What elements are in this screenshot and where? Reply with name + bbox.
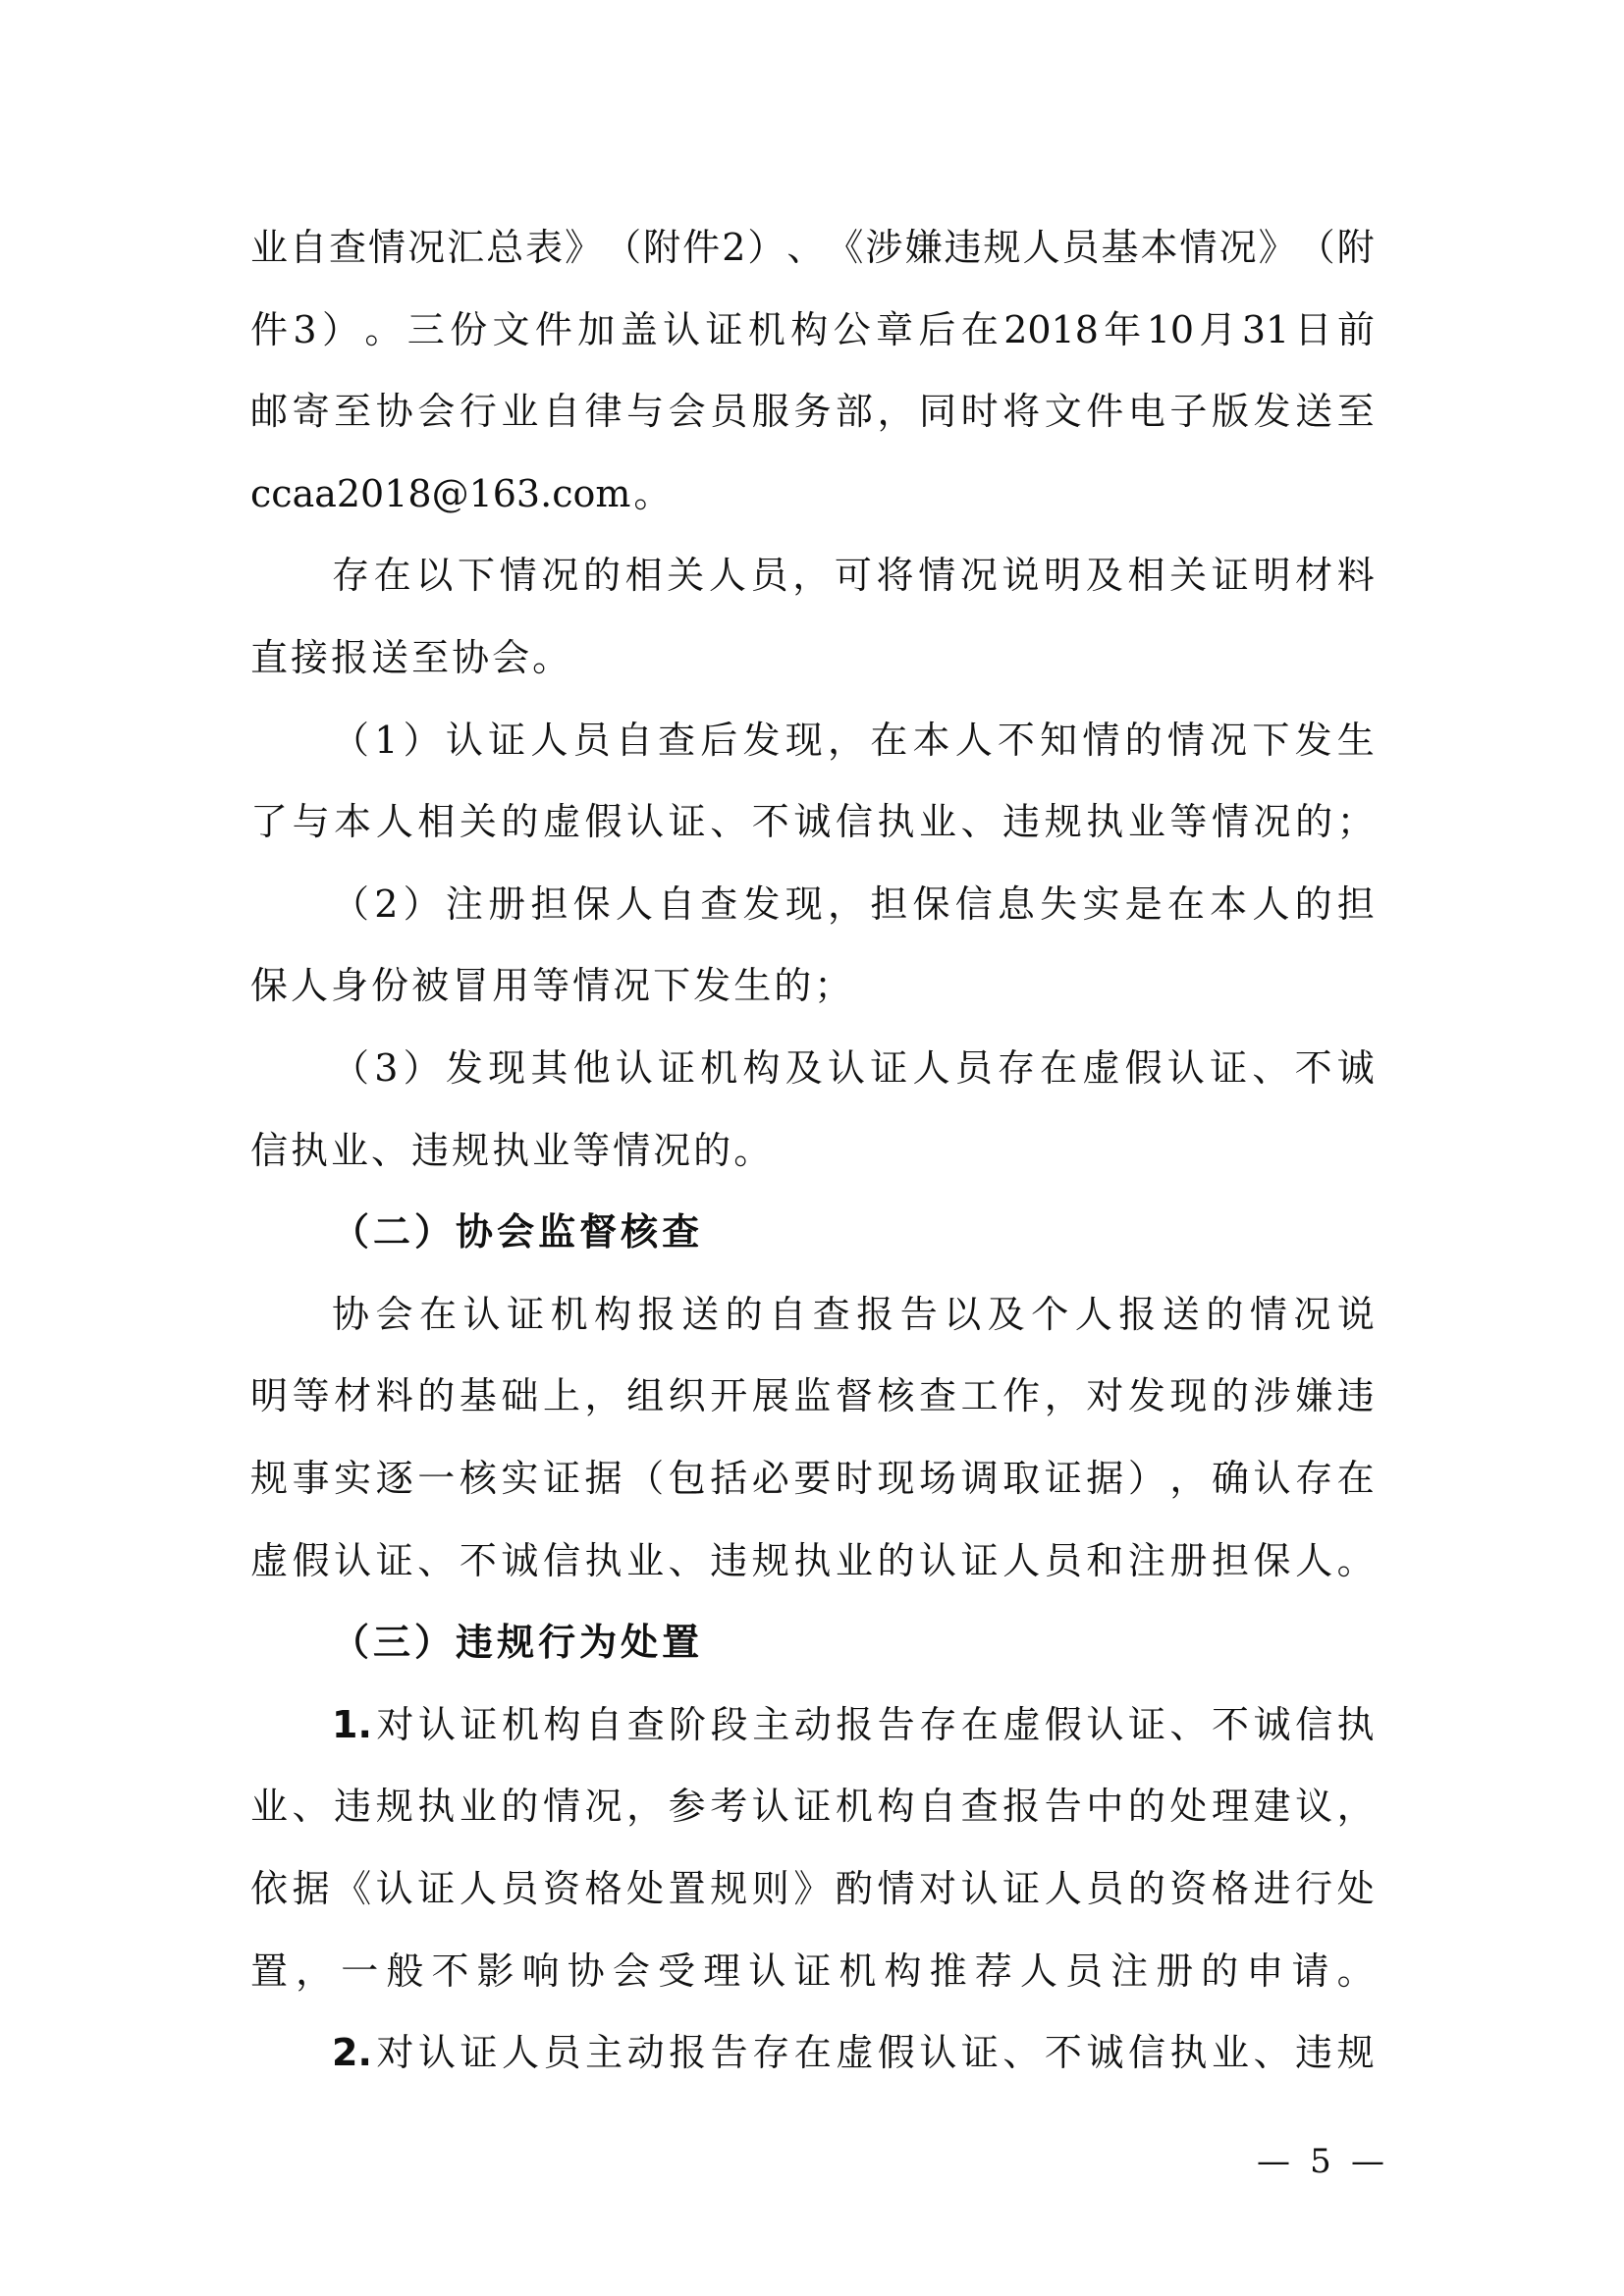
text-glyph: 证 xyxy=(793,1949,831,1993)
text-glyph: 不 xyxy=(1295,1046,1332,1090)
text-glyph: 涉 xyxy=(865,226,902,269)
text-glyph: 诚 xyxy=(1254,1703,1291,1746)
text-glyph: 的 xyxy=(501,800,538,843)
text-glyph: 关 xyxy=(460,800,497,843)
text-glyph: 虚 xyxy=(1082,1046,1119,1090)
text-glyph: 动 xyxy=(794,1703,832,1746)
text-glyph: 担 xyxy=(530,882,568,926)
text-glyph: 假 xyxy=(1125,1046,1163,1090)
text-glyph: 等 xyxy=(1169,800,1207,843)
text-glyph: 材 xyxy=(334,1374,371,1417)
text-line: 协会在认证机构报送的自查报告以及个人报送的情况说 xyxy=(332,1293,1375,1336)
text-glyph: 申 xyxy=(1246,1949,1283,1993)
text-glyph: 电 xyxy=(1128,390,1165,433)
text-glyph: 人 xyxy=(912,1046,949,1090)
text-glyph: 至 xyxy=(334,390,371,433)
text-glyph: 违 xyxy=(456,1621,493,1664)
text-glyph: 查 xyxy=(919,1374,956,1417)
text-glyph: 与 xyxy=(293,800,330,843)
text-glyph: 资 xyxy=(543,1867,580,1910)
text-glyph: 证 xyxy=(376,1539,413,1582)
text-glyph: 》 xyxy=(793,1867,831,1910)
text-glyph: 员 xyxy=(501,1867,538,1910)
text-glyph: 《 xyxy=(826,226,863,269)
text-glyph: 规 xyxy=(1045,800,1082,843)
text-glyph: ， xyxy=(828,719,865,762)
text-line: 件3）。三份文件加盖认证机构公章后在2018年10月31日前 xyxy=(250,308,1375,351)
text-glyph: 涉 xyxy=(1254,1374,1291,1417)
text-glyph: 3 xyxy=(374,1046,398,1090)
text-glyph: 将 xyxy=(877,554,914,597)
text-glyph: 查 xyxy=(700,882,737,926)
text-glyph: 况 xyxy=(541,554,578,597)
text-glyph: 在 xyxy=(374,554,411,597)
text-glyph: 发 xyxy=(743,882,781,926)
text-glyph: 认 xyxy=(334,1539,371,1582)
text-glyph: ， xyxy=(792,554,830,597)
text-glyph: 生 xyxy=(1337,719,1375,762)
text-glyph: 业 xyxy=(250,226,288,269)
text-glyph: 告 xyxy=(711,2031,748,2074)
text-glyph: ） xyxy=(414,1621,452,1664)
text-glyph: 料 xyxy=(376,1374,413,1417)
text-glyph: 是 xyxy=(1125,882,1163,926)
text-glyph: 送 xyxy=(371,636,408,679)
text-glyph: 情 xyxy=(1082,719,1119,762)
text-glyph: 格 xyxy=(1212,1867,1249,1910)
text-glyph: 信 xyxy=(955,882,993,926)
text-glyph: 现 xyxy=(488,1046,525,1090)
text-line: 直接报送至协会。 xyxy=(250,636,1375,679)
text-glyph: 置 xyxy=(669,1867,706,1910)
text-glyph: 执 xyxy=(291,1129,328,1172)
text-glyph: 执 xyxy=(1337,1703,1375,1746)
text-glyph: 发 xyxy=(446,1046,483,1090)
text-glyph: 为 xyxy=(579,1621,617,1664)
text-glyph: 建 xyxy=(1254,1785,1291,1828)
document-page: 业自查情况汇总表》（附件2）、《涉嫌违规人员基本情况》（附件3）。三份文件加盖认… xyxy=(0,0,1624,2296)
text-glyph: 查 xyxy=(662,1210,699,1254)
text-glyph: 认 xyxy=(663,308,700,351)
text-glyph: （ xyxy=(626,1457,664,1500)
text-glyph: 织 xyxy=(669,1374,706,1417)
text-glyph: 个 xyxy=(1031,1293,1068,1336)
page-number-dash-right: — xyxy=(1351,2140,1384,2183)
text-glyph: 一 xyxy=(417,1457,455,1500)
text-glyph: 、 xyxy=(293,1785,330,1828)
text-glyph: 理 xyxy=(1212,1785,1249,1828)
text-glyph: 。 xyxy=(1337,1949,1375,1993)
text-glyph: 后 xyxy=(918,308,955,351)
text-glyph: 本 xyxy=(1210,882,1247,926)
text-line: 保人身份被冒用等情况下发生的； xyxy=(250,964,1375,1007)
text-glyph: 参 xyxy=(669,1785,706,1828)
text-glyph: 现 xyxy=(877,1457,914,1500)
text-glyph: 报 xyxy=(1002,1785,1040,1828)
text-glyph: 生 xyxy=(733,964,771,1007)
text-glyph: 将 xyxy=(1002,390,1040,433)
text-glyph: 人 xyxy=(1295,1539,1332,1582)
text-glyph: 诚 xyxy=(1337,1046,1375,1090)
text-glyph: 处 xyxy=(1337,1867,1375,1910)
text-glyph: 报 xyxy=(638,1293,676,1336)
text-glyph: 员 xyxy=(1065,1949,1103,1993)
text-glyph: 情 xyxy=(1180,226,1218,269)
text-glyph: 虚 xyxy=(1002,1703,1040,1746)
text-glyph: 构 xyxy=(743,1046,781,1090)
text-glyph: 规 xyxy=(983,226,1020,269)
text-glyph: 自 xyxy=(290,226,327,269)
page-number-dash-left: — xyxy=(1257,2140,1290,2183)
text-glyph: 实 xyxy=(501,1457,538,1500)
text-glyph: 查 xyxy=(658,719,695,762)
text-glyph: 相 xyxy=(417,800,455,843)
text-glyph: 情 xyxy=(877,1867,914,1910)
text-glyph: 、 xyxy=(371,1129,408,1172)
text-glyph: 部 xyxy=(836,390,873,433)
text-glyph: 发 xyxy=(743,719,781,762)
text-glyph: 文 xyxy=(1045,390,1082,433)
text-glyph: 人 xyxy=(955,719,993,762)
text-glyph: 段 xyxy=(711,1703,748,1746)
text-glyph: 假 xyxy=(878,2031,915,2074)
text-glyph: 证 xyxy=(460,1703,497,1746)
text-glyph: 假 xyxy=(1045,1703,1082,1746)
text-glyph: 确 xyxy=(1212,1457,1249,1500)
text-glyph: 进 xyxy=(1254,1867,1291,1910)
text-glyph: 担 xyxy=(1212,1539,1249,1582)
text-glyph: 构 xyxy=(885,1949,922,1993)
text-glyph: 会 xyxy=(492,636,529,679)
text-glyph: 律 xyxy=(585,390,623,433)
text-glyph: 在 xyxy=(1040,1046,1077,1090)
text-glyph: 件 xyxy=(250,308,288,351)
text-glyph: 况 xyxy=(1219,226,1257,269)
text-glyph: 人 xyxy=(1075,1293,1112,1336)
text-glyph: 在 xyxy=(1337,1457,1375,1500)
text-glyph: 的 xyxy=(693,1129,731,1172)
text-glyph: 况 xyxy=(960,554,998,597)
text-glyph: 报 xyxy=(331,636,368,679)
text-glyph: （ xyxy=(332,1621,369,1664)
text-glyph: 况 xyxy=(407,226,445,269)
text-glyph: （ xyxy=(332,1046,369,1090)
text-glyph: 认 xyxy=(828,1046,865,1090)
text-glyph: 工 xyxy=(961,1374,999,1417)
text-glyph: 违 xyxy=(1295,2031,1332,2074)
text-glyph: 会 xyxy=(669,390,706,433)
text-glyph: 同 xyxy=(919,390,956,433)
text-glyph: 核 xyxy=(877,1374,914,1417)
text-glyph: 上 xyxy=(543,1374,580,1417)
text-glyph: 执 xyxy=(1086,800,1123,843)
text-glyph: 被 xyxy=(411,964,449,1007)
text-glyph: 作 xyxy=(1002,1374,1040,1417)
text-glyph: 报 xyxy=(1118,1293,1156,1336)
text-glyph: 时 xyxy=(836,1457,873,1500)
text-glyph: 业 xyxy=(501,390,538,433)
text-glyph: ， xyxy=(585,1374,623,1417)
text-glyph: 汇 xyxy=(447,226,484,269)
text-line: 规事实逐一核实证据（包括必要时现场调取证据），确认存在 xyxy=(250,1457,1375,1500)
text-glyph: 注 xyxy=(446,882,483,926)
text-glyph: 会 xyxy=(497,1210,534,1254)
text-glyph: ， xyxy=(828,882,865,926)
text-glyph: 2018 xyxy=(1003,308,1099,351)
text-glyph: 总 xyxy=(486,226,523,269)
text-glyph: 不 xyxy=(752,800,789,843)
text-glyph: 础 xyxy=(501,1374,538,1417)
text-glyph: ） xyxy=(747,226,785,269)
text-glyph: 2 xyxy=(374,882,398,926)
text-line: 了与本人相关的虚假认证、不诚信执业、违规执业等情况的； xyxy=(250,800,1375,843)
text-glyph: 在 xyxy=(419,1293,457,1336)
text-glyph: 、 xyxy=(417,1539,455,1582)
text-glyph: 违 xyxy=(944,226,981,269)
text-glyph: 行 xyxy=(538,1621,575,1664)
text-glyph: 失 xyxy=(1040,882,1077,926)
text-glyph: 对 xyxy=(1086,1374,1123,1417)
text-glyph: ） xyxy=(404,1046,441,1090)
text-glyph: 诚 xyxy=(1086,2031,1123,2074)
text-glyph: 机 xyxy=(700,1046,737,1090)
text-glyph: 基 xyxy=(1102,226,1139,269)
text-glyph: 核 xyxy=(460,1457,497,1500)
text-glyph: 保 xyxy=(250,964,288,1007)
text-glyph: 证 xyxy=(961,1539,999,1582)
text-glyph: 证 xyxy=(1212,554,1249,597)
text-glyph: 章 xyxy=(876,308,913,351)
text-glyph: 可 xyxy=(835,554,872,597)
text-glyph: ； xyxy=(814,964,851,1007)
text-glyph: 担 xyxy=(870,882,907,926)
text-glyph: （ xyxy=(604,226,641,269)
text-glyph: 明 xyxy=(1253,554,1290,597)
text-glyph: 版 xyxy=(1212,390,1249,433)
text-glyph: 信 xyxy=(543,1539,580,1582)
text-glyph: 三 xyxy=(373,1621,410,1664)
text-glyph: 机 xyxy=(748,308,785,351)
text-glyph: 监 xyxy=(793,1374,831,1417)
text-glyph: 证 xyxy=(1002,1867,1040,1910)
text-glyph: 2 xyxy=(722,226,745,269)
text-glyph: 证 xyxy=(669,800,706,843)
text-glyph: 认 xyxy=(626,800,664,843)
text-glyph: 人 xyxy=(1252,882,1289,926)
text-glyph: 二 xyxy=(373,1210,410,1254)
text-glyph: 保 xyxy=(573,882,611,926)
text-glyph: 业 xyxy=(626,1539,664,1582)
page-number: — 5 — xyxy=(1257,2140,1384,2183)
text-glyph: 认 xyxy=(376,1867,413,1910)
text-glyph: 保 xyxy=(1254,1539,1291,1582)
text-glyph: 影 xyxy=(477,1949,514,1993)
text-line: 明等材料的基础上，组织开展监督核查工作，对发现的涉嫌违 xyxy=(250,1374,1375,1417)
text-glyph: 般 xyxy=(386,1949,423,1993)
text-glyph: 况 xyxy=(1293,1293,1330,1336)
text-glyph: 荐 xyxy=(975,1949,1012,1993)
text-glyph: 本 xyxy=(912,719,949,762)
text-glyph: 人 xyxy=(1045,1867,1082,1910)
text-glyph: 证 xyxy=(961,2031,999,2074)
text-glyph: 料 xyxy=(1337,554,1375,597)
text-glyph: 执 xyxy=(417,1785,455,1828)
text-glyph: 逐 xyxy=(376,1457,413,1500)
text-glyph: ） xyxy=(322,308,359,351)
text-glyph: 对 xyxy=(376,1703,413,1746)
text-glyph: 酌 xyxy=(836,1867,873,1910)
text-glyph: 知 xyxy=(1040,719,1077,762)
text-glyph: 受 xyxy=(658,1949,695,1993)
text-glyph: 处 xyxy=(626,1867,664,1910)
text-glyph: 的 xyxy=(1125,719,1163,762)
text-glyph: 违 xyxy=(411,1129,449,1172)
text-glyph: 附 xyxy=(1337,226,1375,269)
text-glyph: 、 xyxy=(1254,2031,1291,2074)
text-glyph: 调 xyxy=(961,1457,999,1500)
text-glyph: 违 xyxy=(1002,800,1040,843)
text-glyph: 场 xyxy=(919,1457,956,1500)
text-glyph: 10 xyxy=(1147,308,1194,351)
text-glyph: 假 xyxy=(293,1539,330,1582)
text-glyph: 业 xyxy=(1212,2031,1249,2074)
text-glyph: 机 xyxy=(551,1293,588,1336)
text-glyph: 响 xyxy=(522,1949,560,1993)
text-line: 2.对认证人员主动报告存在虚假认证、不诚信执业、违规 xyxy=(332,2031,1375,2074)
text-glyph: 规 xyxy=(452,1129,489,1172)
text-glyph: ， xyxy=(1045,1374,1082,1417)
text-glyph: 包 xyxy=(669,1457,706,1500)
text-glyph: 员 xyxy=(573,719,611,762)
text-glyph: 机 xyxy=(502,1703,539,1746)
text-glyph: 文 xyxy=(493,308,530,351)
text-glyph: 嫌 xyxy=(1295,1374,1332,1417)
text-glyph: 现 xyxy=(1169,1374,1207,1417)
text-glyph: 认 xyxy=(919,2031,956,2074)
text-glyph: 况 xyxy=(613,964,650,1007)
text-glyph: 不 xyxy=(431,1949,468,1993)
text-glyph: 证 xyxy=(870,1046,907,1090)
text-glyph: 存 xyxy=(919,1703,956,1746)
text-glyph: 在 xyxy=(1167,882,1205,926)
text-glyph: 员 xyxy=(710,390,747,433)
text-glyph: 议 xyxy=(1295,1785,1332,1828)
text-glyph: 在 xyxy=(961,1703,999,1746)
text-glyph: 据 xyxy=(1086,1457,1123,1500)
text-glyph: 业 xyxy=(532,1129,569,1172)
text-glyph: 附 xyxy=(643,226,680,269)
text-glyph: 认 xyxy=(418,2031,456,2074)
text-glyph: 业 xyxy=(1128,800,1165,843)
text-glyph: 子 xyxy=(1169,390,1207,433)
text-glyph: 。 xyxy=(1337,1539,1375,1582)
text-glyph: 诚 xyxy=(793,800,831,843)
text-glyph: 关 xyxy=(1169,554,1207,597)
text-glyph: 告 xyxy=(1045,1785,1082,1828)
text-line: （1）认证人员自查后发现，在本人不知情的情况下发生 xyxy=(332,719,1375,762)
text-glyph: 业 xyxy=(836,1539,873,1582)
text-glyph: 假 xyxy=(585,800,623,843)
text-glyph: 、 xyxy=(786,226,824,269)
text-glyph: 据 xyxy=(585,1457,623,1500)
text-glyph: （ xyxy=(332,1210,369,1254)
text-line: 邮寄至协会行业自律与会员服务部，同时将文件电子版发送至 xyxy=(250,390,1375,433)
text-glyph: 违 xyxy=(1337,1374,1375,1417)
text-glyph: 况 xyxy=(585,1785,623,1828)
text-glyph: 告 xyxy=(878,1703,915,1746)
text-glyph: 人 xyxy=(1022,226,1059,269)
section-heading: （二）协会监督核查 xyxy=(332,1210,1375,1254)
text-glyph: 资 xyxy=(1169,1867,1207,1910)
text-glyph: 本 xyxy=(1141,226,1178,269)
text-glyph: 下 xyxy=(1252,719,1289,762)
text-glyph: 》 xyxy=(1259,226,1296,269)
text-glyph: 送 xyxy=(1163,1293,1200,1336)
text-glyph: 协 xyxy=(568,1949,605,1993)
text-glyph: 明 xyxy=(1044,554,1081,597)
text-glyph: 告 xyxy=(900,1293,938,1336)
text-glyph: 存 xyxy=(1295,1457,1332,1500)
text-glyph: 展 xyxy=(752,1374,789,1417)
text-glyph: 至 xyxy=(411,636,449,679)
text-glyph: 会 xyxy=(613,1949,650,1993)
text-glyph: 开 xyxy=(710,1374,747,1417)
text-glyph: 请 xyxy=(1292,1949,1329,1993)
text-glyph: 31 xyxy=(1242,308,1289,351)
text-glyph: 核 xyxy=(621,1210,658,1254)
text-glyph: 在 xyxy=(870,719,907,762)
text-glyph: 置 xyxy=(662,1621,699,1664)
text-glyph: 相 xyxy=(1127,554,1164,597)
text-glyph: 业 xyxy=(250,1785,288,1828)
text-glyph: 2. xyxy=(332,2031,372,2074)
text-glyph: 组 xyxy=(626,1374,664,1417)
text-glyph: 事 xyxy=(293,1457,330,1500)
text-glyph: 自 xyxy=(658,882,695,926)
text-glyph: 证 xyxy=(658,1046,695,1090)
text-glyph: 实 xyxy=(1082,882,1119,926)
text-glyph: 人 xyxy=(502,2031,539,2074)
text-line: 置，一般不影响协会受理认证机构推荐人员注册的申请。 xyxy=(250,1949,1375,1993)
text-glyph: 业 xyxy=(460,1785,497,1828)
text-glyph: 虚 xyxy=(836,2031,873,2074)
text-glyph: 人 xyxy=(616,882,653,926)
text-glyph: ） xyxy=(404,882,441,926)
text-glyph: 必 xyxy=(752,1457,789,1500)
text-glyph: ） xyxy=(404,719,441,762)
text-glyph: 处 xyxy=(621,1621,658,1664)
text-glyph: 的 xyxy=(501,1785,538,1828)
text-glyph: 业 xyxy=(331,1129,368,1172)
text-glyph: 明 xyxy=(250,1374,288,1417)
text-glyph: 情 xyxy=(500,554,537,597)
text-glyph: 发 xyxy=(1128,1374,1165,1417)
text-glyph: ccaa2018@163.com xyxy=(250,472,630,515)
text-glyph: 的 xyxy=(774,964,811,1007)
text-glyph: 查 xyxy=(813,1293,850,1336)
text-glyph: 格 xyxy=(585,1867,623,1910)
text-glyph: 件 xyxy=(1086,390,1123,433)
text-glyph: 下 xyxy=(458,554,495,597)
text-glyph: 《 xyxy=(334,1867,371,1910)
text-glyph: 说 xyxy=(1337,1293,1375,1336)
text-glyph: 况 xyxy=(653,1129,690,1172)
section-heading: （三）违规行为处置 xyxy=(332,1621,1375,1664)
text-glyph: 实 xyxy=(334,1457,371,1500)
text-glyph: 考 xyxy=(710,1785,747,1828)
text-glyph: 证 xyxy=(488,719,525,762)
text-glyph: 。 xyxy=(633,472,671,515)
